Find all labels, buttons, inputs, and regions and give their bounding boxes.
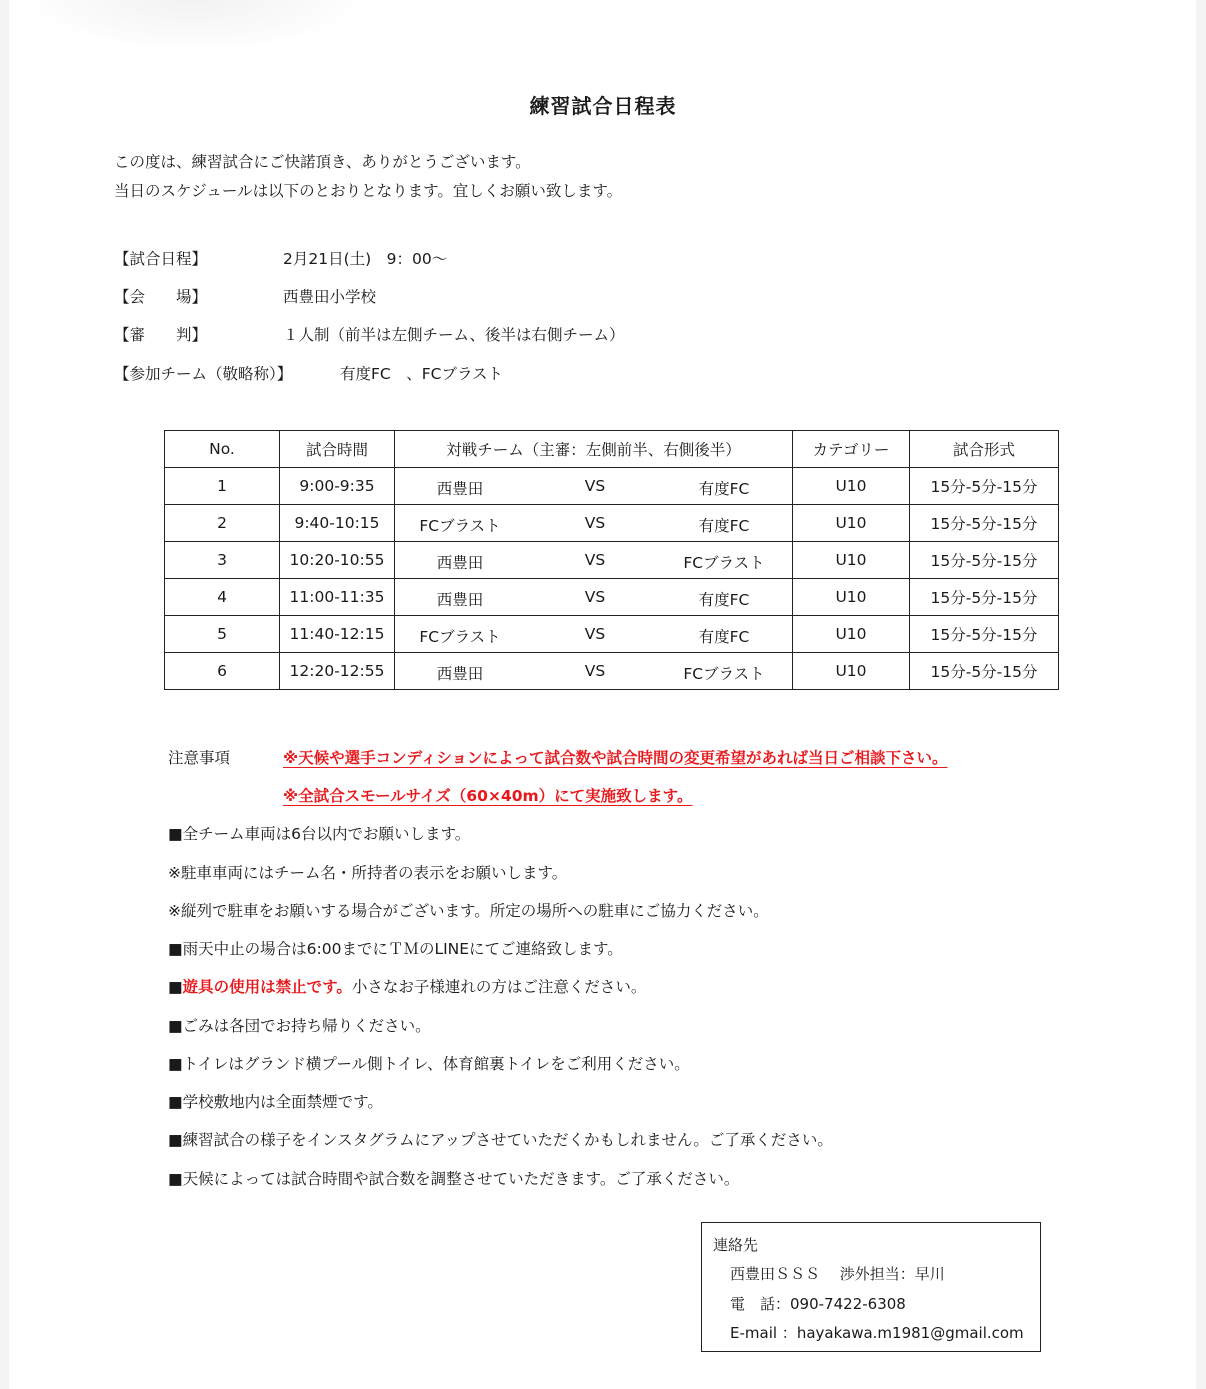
home-team: FCブラスト (395, 625, 525, 647)
cell-category: U10 (793, 468, 910, 505)
info-value-venue: 西豊田小学校 (283, 285, 376, 307)
cell-time: 12:20-12:55 (280, 653, 395, 690)
vs-label: VS (573, 477, 617, 495)
cell-match: 西豊田 VS FCブラスト (395, 542, 793, 579)
cell-format: 15分-5分-15分 (910, 468, 1059, 505)
cell-time: 9:40-10:15 (280, 505, 395, 542)
cell-category: U10 (793, 616, 910, 653)
table-row: 3 10:20-10:55 西豊田 VS FCブラスト U10 15分-5分-1… (165, 542, 1059, 579)
table-row: 4 11:00-11:35 西豊田 VS 有度FC U10 15分-5分-15分 (165, 579, 1059, 616)
cell-category: U10 (793, 505, 910, 542)
header-category: カテゴリー (793, 431, 910, 468)
cell-format: 15分-5分-15分 (910, 653, 1059, 690)
contact-title: 連絡先 (713, 1234, 758, 1255)
header-match: 対戦チーム（主審：左側前半、右側後半） (395, 431, 793, 468)
intro-line-2: 当日のスケジュールは以下のとおりとなります。宜しくお願い致します。 (114, 179, 622, 201)
cell-no: 6 (165, 653, 280, 690)
contact-email-row: E-mail ：hayakawa.m1981@gmail.com (730, 1322, 1024, 1343)
schedule-table: No. 試合時間 対戦チーム（主審：左側前半、右側後半） カテゴリー 試合形式 … (164, 430, 1059, 690)
scan-smudge (29, 0, 359, 50)
info-value-teams: 有度FC 、FCブラスト (340, 362, 503, 384)
cell-match: FCブラスト VS 有度FC (395, 616, 793, 653)
note-item-parallel-parking: ※縦列で駐車をお願いする場合がございます。所定の場所への駐車にご協力ください。 (168, 899, 769, 921)
info-value-referee: １人制（前半は左側チーム、後半は右側チーム） (283, 323, 624, 345)
note-item-vehicles: ■全チーム車両は6台以内でお願いします。 (168, 822, 470, 844)
cell-format: 15分-5分-15分 (910, 579, 1059, 616)
email-label: E-mail ： (730, 1324, 797, 1342)
cell-no: 2 (165, 505, 280, 542)
away-team: 有度FC (665, 514, 783, 536)
vs-label: VS (573, 551, 617, 569)
cell-category: U10 (793, 579, 910, 616)
home-team: 西豊田 (395, 662, 525, 684)
home-team: 西豊田 (395, 588, 525, 610)
playground-note: 小さなお子様連れの方はご注意ください。 (352, 978, 647, 996)
cell-no: 1 (165, 468, 280, 505)
cell-category: U10 (793, 653, 910, 690)
cell-match: FCブラスト VS 有度FC (395, 505, 793, 542)
home-team: FCブラスト (395, 514, 525, 536)
contact-org: 西豊田ＳＳＳ 渉外担当：早川 (730, 1263, 945, 1284)
cell-match: 西豊田 VS 有度FC (395, 468, 793, 505)
notes-red-line-2: ※全試合スモールサイズ（60×40m）にて実施致します。 (283, 784, 692, 806)
table-row: 6 12:20-12:55 西豊田 VS FCブラスト U10 15分-5分-1… (165, 653, 1059, 690)
notes-red-line-1: ※天候や選手コンディションによって試合数や試合時間の変更希望があれば当日ご相談下… (283, 746, 948, 768)
email-address: hayakawa.m1981@gmail.com (797, 1324, 1024, 1342)
info-label-teams: 【参加チーム（敬略称）】 (114, 362, 292, 384)
vs-label: VS (573, 625, 617, 643)
cell-time: 10:20-10:55 (280, 542, 395, 579)
notes-label: 注意事項 (168, 746, 230, 768)
home-team: 西豊田 (395, 477, 525, 499)
table-row: 2 9:40-10:15 FCブラスト VS 有度FC U10 15分-5分-1… (165, 505, 1059, 542)
note-item-weather: ■天候によっては試合時間や試合数を調整させていただきます。ご了承ください。 (168, 1167, 739, 1189)
vs-label: VS (573, 662, 617, 680)
cell-no: 5 (165, 616, 280, 653)
note-item-parking-display: ※駐車車両にはチーム名・所持者の表示をお願いします。 (168, 861, 567, 883)
table-header-row: No. 試合時間 対戦チーム（主審：左側前半、右側後半） カテゴリー 試合形式 (165, 431, 1059, 468)
info-label-venue: 【会 場】 (114, 285, 207, 307)
vs-label: VS (573, 514, 617, 532)
header-time: 試合時間 (280, 431, 395, 468)
header-no: No. (165, 431, 280, 468)
away-team: 有度FC (665, 477, 783, 499)
note-item-toilets: ■トイレはグランド横プール側トイレ、体育館裏トイレをご利用ください。 (168, 1052, 690, 1074)
note-item-no-smoking: ■学校敷地内は全面禁煙です。 (168, 1090, 383, 1112)
table-row: 5 11:40-12:15 FCブラスト VS 有度FC U10 15分-5分-… (165, 616, 1059, 653)
cell-time: 11:40-12:15 (280, 616, 395, 653)
playground-warning: 遊具の使用は禁止です。 (183, 978, 352, 996)
bullet-square: ■ (168, 978, 183, 996)
cell-match: 西豊田 VS FCブラスト (395, 653, 793, 690)
info-label-date: 【試合日程】 (114, 247, 207, 269)
note-item-rain-cancel: ■雨天中止の場合は6:00までにＴＭのLINEにてご連絡致します。 (168, 937, 623, 959)
page-title: 練習試合日程表 (0, 90, 1206, 119)
away-team: FCブラスト (665, 551, 783, 573)
note-item-garbage: ■ごみは各団でお持ち帰りください。 (168, 1014, 431, 1036)
cell-time: 9:00-9:35 (280, 468, 395, 505)
phone-label: 電 話： (730, 1295, 790, 1313)
vs-label: VS (573, 588, 617, 606)
contact-phone-row: 電 話：090-7422-6308 (730, 1293, 906, 1314)
note-item-playground: ■遊具の使用は禁止です。小さなお子様連れの方はご注意ください。 (168, 975, 646, 997)
home-team: 西豊田 (395, 551, 525, 573)
contact-box: 連絡先 西豊田ＳＳＳ 渉外担当：早川 電 話：090-7422-6308 E-m… (701, 1222, 1041, 1352)
cell-no: 3 (165, 542, 280, 579)
cell-format: 15分-5分-15分 (910, 616, 1059, 653)
header-format: 試合形式 (910, 431, 1059, 468)
phone-number: 090-7422-6308 (790, 1295, 906, 1313)
info-value-date: 2月21日(土) 9：00～ (283, 247, 447, 269)
away-team: 有度FC (665, 625, 783, 647)
cell-time: 11:00-11:35 (280, 579, 395, 616)
cell-category: U10 (793, 542, 910, 579)
info-label-referee: 【審 判】 (114, 323, 207, 345)
away-team: 有度FC (665, 588, 783, 610)
away-team: FCブラスト (665, 662, 783, 684)
table-row: 1 9:00-9:35 西豊田 VS 有度FC U10 15分-5分-15分 (165, 468, 1059, 505)
cell-match: 西豊田 VS 有度FC (395, 579, 793, 616)
cell-no: 4 (165, 579, 280, 616)
note-item-instagram: ■練習試合の様子をインスタグラムにアップさせていただくかもしれません。ご了承くだ… (168, 1128, 833, 1150)
cell-format: 15分-5分-15分 (910, 542, 1059, 579)
cell-format: 15分-5分-15分 (910, 505, 1059, 542)
intro-line-1: この度は、練習試合にご快諾頂き、ありがとうございます。 (114, 150, 531, 172)
